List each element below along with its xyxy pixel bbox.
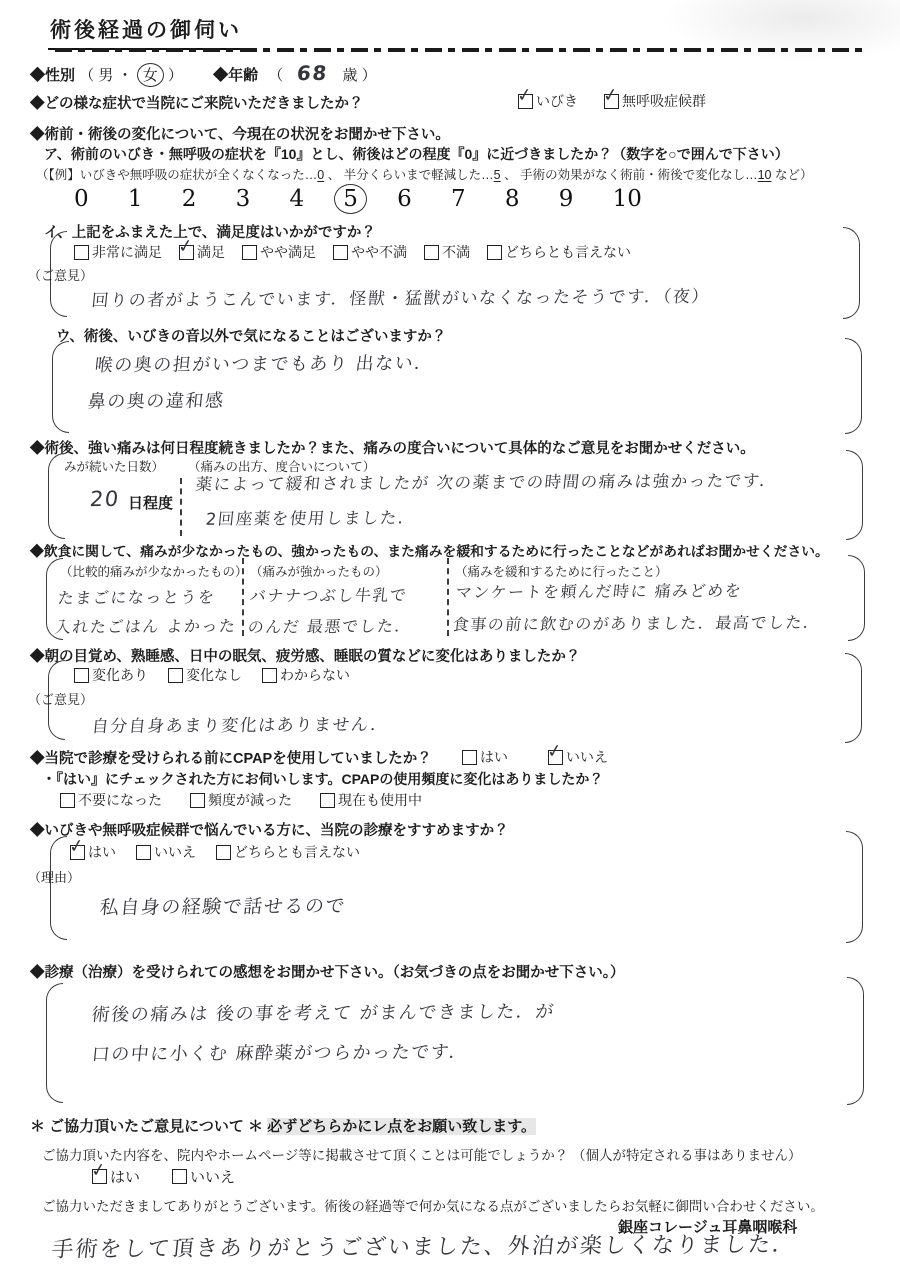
checkbox-consent-yes[interactable]: はい	[92, 1166, 140, 1187]
scale-number-7[interactable]: 7	[449, 186, 468, 212]
reason-label: （理由）	[28, 867, 80, 886]
pain-days-label: みが続いた日数）	[64, 457, 164, 475]
checkbox-label: はい	[110, 1166, 140, 1187]
checkbox-satisfied[interactable]: 満足	[179, 242, 225, 262]
bracket-close	[846, 450, 863, 540]
checkbox-label: わからない	[280, 665, 350, 685]
eating-col3-line1-handwriting: マンケートを頼んだ時に 痛みどめを	[455, 578, 744, 603]
rating-scale: 0 1 2 3 4 5 6 7 8 9 10	[72, 186, 644, 212]
recommend-heading: ◆いびきや無呼吸症候群で悩んでいる方に、当院の診療をすすめますか？	[30, 819, 509, 840]
bracket-open	[46, 983, 63, 1103]
checkbox-cpap-no[interactable]: いいえ	[548, 747, 608, 767]
survey-form-page: 術後経過の御伺い ◆性別 （ 男 ・ 女 ） ◆年齢 （ 68 歳 ） ◆どの様…	[0, 0, 900, 1273]
checkbox-neither[interactable]: どちらとも言えない	[487, 242, 631, 262]
footer-note-pre: ＊ ご協力頂いたご意見について ＊	[30, 1118, 267, 1135]
scale-number-9[interactable]: 9	[557, 186, 576, 212]
checkbox-box[interactable]	[242, 245, 257, 260]
checkbox-dissatisfied[interactable]: 不満	[424, 242, 470, 262]
change-heading: ◆術前・術後の変化について、今現在の状況をお聞かせ下さい。	[30, 123, 450, 144]
checkbox-label: やや満足	[260, 242, 316, 262]
age-value[interactable]: 68	[296, 61, 329, 85]
change-example: （【例】いびきや無呼吸の症状が全くなくなった…0 、 半分くらいまで軽減した…5…	[36, 165, 812, 183]
eating-col3-line2-handwriting: 食事の前に飲むのがありました．最高でした．	[452, 610, 822, 636]
checkbox-label: いいえ	[154, 842, 196, 862]
pain-days-unit: 日程度	[128, 492, 173, 513]
pain-days-value-handwriting: 20	[89, 487, 121, 511]
comment-label: （ご意見）	[28, 689, 93, 708]
checkbox-box[interactable]	[487, 245, 502, 260]
age-close: 歳 ）	[342, 67, 376, 84]
impression-line2-handwriting: 口の中に小くむ 麻酔薬がつらかったです．	[91, 1038, 470, 1067]
pain-heading: ◆術後、強い痛みは何日程度続きましたか？また、痛みの度合いについて具体的なご意見…	[30, 437, 755, 458]
scale-number-6[interactable]: 6	[395, 186, 414, 212]
checkbox-box[interactable]	[548, 750, 563, 765]
checkbox-consent-no[interactable]: いいえ	[172, 1166, 235, 1187]
checkbox-label: 変化なし	[186, 665, 242, 685]
checkbox-label: いいえ	[190, 1166, 235, 1187]
cpap-q2: ・『はい』にチェックされた方にお伺いします。CPAPの使用頻度に変化はありました…	[42, 769, 603, 789]
checkbox-box[interactable]	[74, 668, 89, 683]
concerns-line2-handwriting: 鼻の奥の違和感	[87, 387, 226, 414]
age-open: （	[268, 67, 283, 84]
bracket-open	[48, 453, 65, 539]
impression-line1-handwriting: 術後の痛みは 後の事を考えて がまんできました．が	[91, 997, 557, 1026]
profile-row: ◆性別 （ 男 ・ 女 ） ◆年齢 （ 68 歳 ）	[30, 61, 377, 87]
example-mid1: 、 半分くらいまで軽減した…	[324, 168, 493, 182]
checkbox-label: どちらとも言えない	[505, 242, 631, 262]
concerns-line1-handwriting: 喉の奥の担がいつまでもあり 出ない．	[94, 349, 436, 377]
checkbox-recommend-yes[interactable]: はい	[70, 842, 116, 862]
example-value-5: 5	[494, 168, 501, 182]
checkbox-recommend-neither[interactable]: どちらとも言えない	[216, 842, 360, 862]
bracket-close	[848, 555, 865, 641]
example-post: など）	[771, 168, 812, 182]
cpap-q2-options: 不要になった 頻度が減った 現在も使用中	[60, 790, 422, 810]
checkbox-label: どちらとも言えない	[234, 842, 360, 862]
recommend-options: はい いいえ どちらとも言えない	[70, 842, 360, 862]
checkbox-box[interactable]	[70, 845, 85, 860]
gender-selected-circle[interactable]: 女	[137, 63, 164, 87]
footer-note-bold: 必ずどちらかにレ点をお願い致します。	[267, 1118, 536, 1135]
checkbox-box[interactable]	[216, 845, 231, 860]
checkbox-label: やや不満	[351, 242, 407, 262]
checkbox-box[interactable]	[168, 668, 183, 683]
checkbox-label: 現在も使用中	[338, 790, 422, 810]
age-label: ◆年齢	[213, 67, 258, 84]
eating-col2-line2-handwriting: のんだ 最悪でした．	[247, 613, 413, 637]
scale-number-8[interactable]: 8	[503, 186, 522, 212]
checkbox-box[interactable]	[136, 845, 151, 860]
checkbox-box[interactable]	[179, 245, 194, 260]
checkbox-label: 不満	[442, 242, 470, 262]
checkbox-box[interactable]	[518, 94, 533, 109]
recommend-reason-handwriting: 私自身の経験で話せるので	[99, 891, 348, 920]
checkbox-label: 満足	[197, 242, 225, 262]
checkbox-label: 不要になった	[78, 790, 162, 810]
checkbox-label: 変化あり	[92, 665, 148, 685]
eating-col1-line2-handwriting: 入れたごはん よかった	[54, 613, 238, 637]
pain-detail-line2-handwriting: 2回座薬を使用しました．	[205, 504, 418, 529]
checkbox-box[interactable]	[424, 245, 439, 260]
gender-label: ◆性別	[30, 67, 75, 84]
checkbox-box[interactable]	[92, 1169, 107, 1184]
example-mid2: 、 手術の効果がなく術前・術後で変化なし…	[501, 168, 758, 182]
gender-close: ）	[168, 67, 183, 84]
scale-number-2[interactable]: 2	[180, 186, 199, 212]
checkbox-label: いびき	[536, 91, 578, 111]
checkbox-very-satisfied[interactable]: 非常に満足	[74, 242, 162, 262]
checkbox-box[interactable]	[190, 793, 205, 808]
eating-heading: ◆飲食に関して、痛みが少なかったもの、強かったもの、また痛みを緩和するために行っ…	[30, 540, 829, 560]
scale-number-1[interactable]: 1	[126, 186, 145, 212]
bracket-close	[845, 653, 862, 743]
checkbox-label: 頻度が減った	[208, 790, 292, 810]
satisfaction-options: 非常に満足 満足 やや満足 やや不満 不満 どちらとも言えない	[74, 242, 631, 262]
dash-dot-divider	[55, 48, 863, 52]
checkbox-label: はい	[88, 842, 116, 862]
cpap-q1-options: はい いいえ	[462, 747, 608, 767]
checkbox-cpap-yes[interactable]: はい	[462, 747, 508, 767]
scale-number-5[interactable]: 5	[341, 186, 360, 212]
bracket-open	[50, 836, 67, 940]
handwritten-thanks: 手術をして頂きありがとうございました、外泊が楽しくなりました．	[50, 1227, 798, 1263]
scale-number-3[interactable]: 3	[234, 186, 253, 212]
example-value-10: 10	[758, 168, 772, 182]
checkbox-box[interactable]	[262, 668, 277, 683]
bracket-close	[845, 338, 862, 434]
comment-label: （ご意見）	[28, 265, 93, 284]
scale-number-0[interactable]: 0	[72, 186, 91, 212]
checkbox-label: 非常に満足	[92, 242, 162, 262]
bracket-close	[843, 227, 860, 319]
thanks-text: ご協力いただきましてありがとうございます。術後の経過等で何か気になる点がございま…	[42, 1195, 824, 1215]
checkbox-box[interactable]	[74, 245, 89, 260]
checkbox-frequency-decreased[interactable]: 頻度が減った	[190, 790, 292, 810]
pain-detail-line1-handwriting: 薬によって緩和されましたが 次の薬までの時間の痛みは強かったです．	[195, 467, 779, 495]
scale-number-4[interactable]: 4	[287, 186, 306, 212]
symptoms-question: ◆どの様な症状で当院にご来院いただきましたか？	[30, 92, 364, 113]
eating-col2-line1-handwriting: バナナつぶし牛乳で	[249, 582, 409, 606]
column-divider	[242, 558, 244, 636]
impression-heading: ◆診療（治療）を受けられての感想をお聞かせ下さい。（お気づきの点をお聞かせ下さい…	[30, 961, 625, 982]
checkbox-somewhat-satisfied[interactable]: やや満足	[242, 242, 316, 262]
checkbox-ibiki[interactable]: いびき	[518, 91, 578, 111]
sleep-heading: ◆朝の目覚め、熟睡感、日中の眠気、疲労感、睡眠の質などに変化はありましたか？	[30, 645, 580, 666]
eating-col1-label: （比較的痛みが少なかったもの）	[60, 562, 248, 580]
column-divider	[180, 478, 182, 536]
column-divider	[447, 558, 449, 636]
satisfaction-comment-handwriting: 回りの者がようこんでいます．怪獣・猛獣がいなくなったそうです．（夜）	[91, 282, 712, 311]
sleep-comment-handwriting: 自分自身あまり変化はありません．	[91, 710, 391, 737]
eating-col2-label: （痛みが強かったもの）	[250, 562, 388, 580]
checkbox-still-using[interactable]: 現在も使用中	[320, 790, 422, 810]
footer-note: ＊ ご協力頂いたご意見について ＊ 必ずどちらかにレ点をお願い致します。	[30, 1115, 536, 1136]
satisfaction-heading: イ、上記をふまえた上で、満足度はいかがですか？	[44, 221, 376, 242]
checkbox-changed[interactable]: 変化あり	[74, 665, 148, 685]
scan-artifact	[660, 0, 900, 62]
eating-col3-label: （痛みを緩和するために行ったこと）	[455, 562, 668, 580]
checkbox-box[interactable]	[172, 1169, 187, 1184]
checkbox-apnea[interactable]: 無呼吸症候群	[604, 91, 706, 111]
page-title: 術後経過の御伺い	[48, 14, 248, 50]
concerns-heading: ウ、術後、いびきの音以外で気になることはございますか？	[56, 325, 446, 346]
checkbox-box[interactable]	[604, 94, 619, 109]
checkbox-no-longer-needed[interactable]: 不要になった	[60, 790, 162, 810]
checkbox-box[interactable]	[462, 750, 477, 765]
sleep-options: 変化あり 変化なし わからない	[74, 665, 350, 685]
checkbox-box[interactable]	[60, 793, 75, 808]
scale-number-10[interactable]: 10	[611, 186, 644, 212]
checkbox-recommend-no[interactable]: いいえ	[136, 842, 196, 862]
gender-options: （ 男 ・	[79, 67, 132, 84]
symptoms-options: いびき 無呼吸症候群	[518, 91, 706, 111]
cpap-q1: ◆当院で診療を受けられる前にCPAPを使用していましたか？	[30, 747, 432, 768]
change-sub-a: ア、術前のいびき・無呼吸の症状を『10』とし、術後はどの程度『0』に近づきました…	[44, 144, 789, 164]
eating-col1-line1-handwriting: たまごになっとうを	[57, 584, 217, 608]
checkbox-somewhat-dissatisfied[interactable]: やや不満	[333, 242, 407, 262]
consent-options: はい いいえ	[92, 1166, 235, 1187]
consent-question: ご協力頂いた内容を、院内やホームページ等に掲載させて頂くことは可能でしょうか？ …	[42, 1144, 801, 1164]
checkbox-label: はい	[480, 747, 508, 767]
bracket-close	[847, 977, 864, 1105]
example-pre: （【例】いびきや無呼吸の症状が全くなくなった…	[36, 168, 317, 182]
checkbox-unknown[interactable]: わからない	[262, 665, 350, 685]
bracket-open	[52, 341, 69, 433]
checkbox-no-change[interactable]: 変化なし	[168, 665, 242, 685]
checkbox-label: いいえ	[566, 747, 608, 767]
checkbox-box[interactable]	[333, 245, 348, 260]
checkbox-label: 無呼吸症候群	[622, 91, 706, 111]
checkbox-box[interactable]	[320, 793, 335, 808]
bracket-close	[846, 831, 863, 943]
